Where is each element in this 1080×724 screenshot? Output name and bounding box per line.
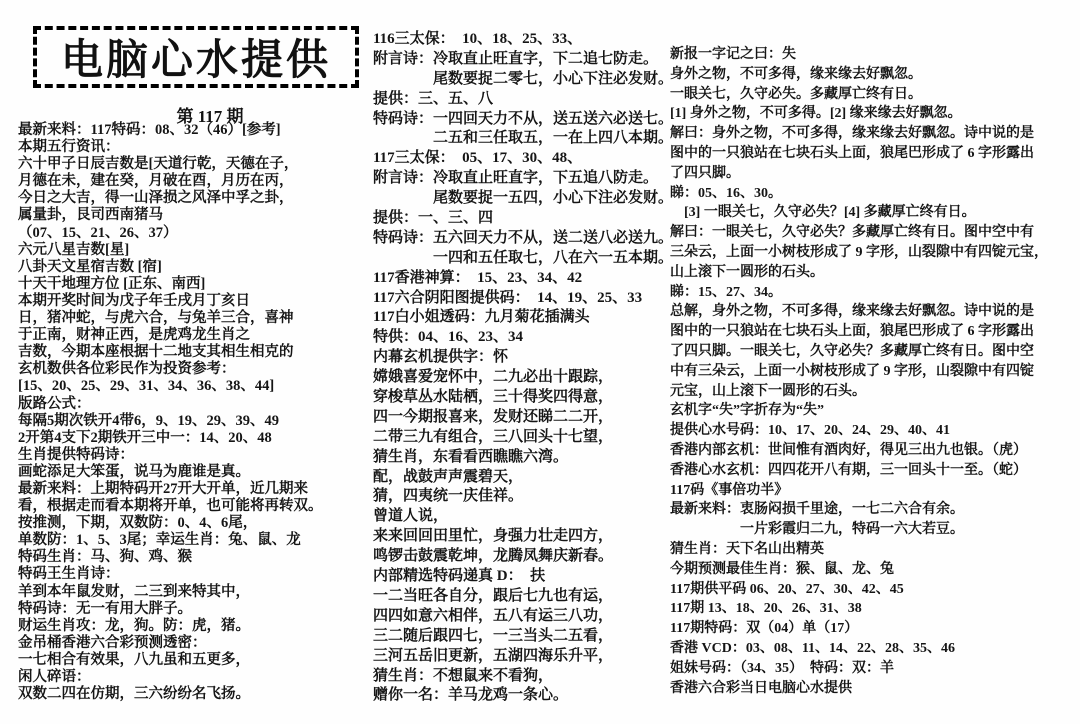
page-title: 电脑心水提供 xyxy=(61,27,331,87)
text-line: 本期五行资讯： xyxy=(18,139,368,156)
text-line: 中有三朵云，上面一小树枝形成了 9 字形，山裂隙中有四锭 xyxy=(670,362,1078,382)
text-line: 一眼关七，久守必失。多藏厚亡终有日。 xyxy=(670,85,1078,105)
text-line: 一二当旺各自分，跟后七九也有运， xyxy=(373,587,673,607)
text-line: 元宝，山上滚下一圆形的石头。 xyxy=(670,382,1078,402)
text-line: 特码诗：无一有用大胖子。 xyxy=(18,601,368,618)
text-line: 嫦娥喜爱宠怀中，二九必出十跟踪， xyxy=(373,368,673,388)
text-line: 三河五岳旧更新，五湖四海乐升平， xyxy=(373,647,673,667)
text-line: 最新来料：上期特码开27开大开单，近几期来 xyxy=(18,481,368,498)
text-line: 六十甲子日辰吉数是[天道行乾，天德在子， xyxy=(18,156,368,173)
text-line: 附言诗：冷取直止旺直字，下五追八防走。 xyxy=(373,169,673,189)
text-line: 每隔5期次铁开4带6，9、19、29、39、49 xyxy=(18,413,368,430)
text-line: 今期预测最佳生肖：猴、鼠、龙、兔 xyxy=(670,560,1078,580)
text-line: 曾道人说， xyxy=(373,507,673,527)
text-line: 画蛇添足大笨蛋，说马为鹿谁是真。 xyxy=(18,464,368,481)
text-line: 配，战鼓声声震碧天， xyxy=(373,468,673,488)
text-line: 尾数要捉二零七，小心下注必发财。 xyxy=(373,70,673,90)
text-line: 特供：04、16、23、34 xyxy=(373,328,673,348)
text-line: 八卦天文星宿吉数 [宿] xyxy=(18,259,368,276)
text-line: 香港内部玄机：世间惟有酒肉好，得见三出九也银。（虎） xyxy=(670,441,1078,461)
text-line: 117期 13、18、20、26、31、38 xyxy=(670,599,1078,619)
text-line: 本期开奖时间为戊子年壬戌月丁亥日 xyxy=(18,293,368,310)
text-line: 最新来料：衷肠闷损千里途，一七二六合有余。 xyxy=(670,500,1078,520)
text-line: 一七相合有效果，八九虽和五更多， xyxy=(18,652,368,669)
text-line: 看，根据走而看本期将开单，也可能将再转双。 xyxy=(18,498,368,515)
text-line: 新报一字记之曰：失 xyxy=(670,45,1078,65)
text-line: 特码生肖：马、狗、鸡、猴 xyxy=(18,549,368,566)
text-line: 图中的一只狼站在七块石头上面，狼尾巴形成了 6 字形露出 xyxy=(670,322,1078,342)
text-line: 总解，身外之物，不可多得，缘来缘去好飘忽。诗中说的是 xyxy=(670,302,1078,322)
text-line: 提供：一、三、四 xyxy=(373,209,673,229)
text-line: 特码王生肖诗： xyxy=(18,566,368,583)
text-line: 特码诗：五六回天力不从，送二送八必送九。 xyxy=(373,229,673,249)
text-line: 一片彩霞归二九，特码一六大若豆。 xyxy=(670,520,1078,540)
text-line: 今日之大吉，得一山泽损之风泽中孚之卦， xyxy=(18,190,368,207)
text-line: 香港 VCD：03、08、11、14、22、28、35、46 xyxy=(670,639,1078,659)
text-line: 吉数，今期本座根据十二地支其相生相克的 xyxy=(18,344,368,361)
text-line: 内幕玄机提供字：怀 xyxy=(373,348,673,368)
text-line: 117期特码：双（04）单（17） xyxy=(670,619,1078,639)
text-line: 了四只脚。 xyxy=(670,164,1078,184)
text-line: [1] 身外之物，不可多得。[2] 缘来缘去好飘忽。 xyxy=(670,104,1078,124)
text-line: 内部精选特码递真 D： 扶 xyxy=(373,567,673,587)
text-line: 属量卦，艮司西南猪马 xyxy=(18,207,368,224)
text-line: 生肖提供特码诗： xyxy=(18,447,368,464)
text-line: 117白小姐透码：九月菊花插满头 xyxy=(373,308,673,328)
text-line: 版路公式： xyxy=(18,396,368,413)
text-line: 三朵云，上面一小树枝形成了 9 字形，山裂隙中有四锭元宝， xyxy=(670,243,1078,263)
text-line: 尾数要捉一五四，小心下注必发财。 xyxy=(373,189,673,209)
text-line: 解曰：一眼关七，久守必失？多藏厚亡终有日。图中空中有 xyxy=(670,223,1078,243)
text-line: 单数防：1、5、3尾；幸运生肖：兔、鼠、龙 xyxy=(18,532,368,549)
text-line: （07、15、21、26、37） xyxy=(18,225,368,242)
text-line: 四四如意六相伴，五八有运三八功， xyxy=(373,607,673,627)
text-line: 按推测，下期，双数防：0、4、6尾， xyxy=(18,515,368,532)
column-middle: 116三太保： 10、18、25、33、附言诗：冷取直止旺直字，下二追七防走。 … xyxy=(373,30,673,706)
text-line: 于正南，财神正西，是虎鸡龙生肖之 xyxy=(18,327,368,344)
text-line: 财运生肖攻：龙，狗。防：虎，猪。 xyxy=(18,618,368,635)
text-line: 羊到本年鼠发财，二三到来特其中， xyxy=(18,584,368,601)
text-line: 鸣锣击鼓震乾坤，龙腾凤舞庆新春。 xyxy=(373,547,673,567)
text-line: 117三太保： 05、17、30、48、 xyxy=(373,149,673,169)
text-line: 猜生肖：天下名山出精英 xyxy=(670,540,1078,560)
text-line: 穿梭草丛水陆栖，三十得奖四得意， xyxy=(373,388,673,408)
text-line: 睇：05、16、30。 xyxy=(670,184,1078,204)
text-line: 香港心水玄机：四四花开八有期，三一回头十一至。（蛇） xyxy=(670,461,1078,481)
text-line: 提供心水号码：10、17、20、24、29、40、41 xyxy=(670,421,1078,441)
lottery-tip-sheet: 电脑心水提供 第 117 期 最新来料：117特码：08、32（46）[参考]本… xyxy=(0,0,1080,724)
text-line: 香港六合彩当日电脑心水提供 xyxy=(670,679,1078,699)
text-line: 金吊桶香港六合彩预测透密： xyxy=(18,635,368,652)
text-line: 附言诗：冷取直止旺直字，下二追七防走。 xyxy=(373,50,673,70)
text-line: [3] 一眼关七，久守必失？[4] 多藏厚亡终有日。 xyxy=(670,203,1078,223)
text-line: 了四只脚。一眼关七，久守必失？多藏厚亡终有日。图中空 xyxy=(670,342,1078,362)
text-line: 解曰：身外之物，不可多得，缘来缘去好飘忽。诗中说的是 xyxy=(670,124,1078,144)
text-line: 117期供平码 06、20、27、30、42、45 xyxy=(670,580,1078,600)
text-line: 四一今期报喜来，发财还睇二二开， xyxy=(373,408,673,428)
text-line: 身外之物，不可多得，缘来缘去好飘忽。 xyxy=(670,65,1078,85)
text-line: 双数二四在仿期，三六纷纷名飞扬。 xyxy=(18,686,368,703)
text-line: 2开第4支下2期铁开三中一：14、20、48 xyxy=(18,430,368,447)
text-line: 姐妹号码：（34、35） 特码：双：羊 xyxy=(670,659,1078,679)
text-line: 玄机字“失”字折存为“失” xyxy=(670,401,1078,421)
text-line: 猜生肖：不想鼠来不看狗， xyxy=(373,667,673,687)
text-line: 月德在未，建在癸，月破在酉，月历在丙， xyxy=(18,173,368,190)
text-line: 最新来料：117特码：08、32（46）[参考] xyxy=(18,122,368,139)
text-line: 山上滚下一圆形的石头。 xyxy=(670,263,1078,283)
text-line: 日，猪冲蛇，与虎六合，与兔羊三合，喜神 xyxy=(18,310,368,327)
text-line: 二五和三任取五，一在上四八本期。 xyxy=(373,129,673,149)
text-line: 117香港神算： 15、23、34、42 xyxy=(373,269,673,289)
text-line: 特码诗：一四回天力不从，送五送六必送七。 xyxy=(373,110,673,130)
text-line: 116三太保： 10、18、25、33、 xyxy=(373,30,673,50)
text-line: 十天干地理方位 [正东、南西] xyxy=(18,276,368,293)
text-line: 赠你一名：羊马龙鸡一条心。 xyxy=(373,686,673,706)
text-line: 来来回回田里忙，身强力壮走四方， xyxy=(373,527,673,547)
text-line: 提供：三、五、八 xyxy=(373,90,673,110)
text-line: 一四和五任取七，八在六一五本期。 xyxy=(373,249,673,269)
column-right: 新报一字记之曰：失身外之物，不可多得，缘来缘去好飘忽。一眼关七，久守必失。多藏厚… xyxy=(670,45,1078,698)
text-line: 六元八星吉数[星] xyxy=(18,242,368,259)
text-line: 图中的一只狼站在七块石头上面，狼尾巴形成了 6 字形露出 xyxy=(670,144,1078,164)
text-line: 117六合阴阳图提供码： 14、19、25、33 xyxy=(373,289,673,309)
text-line: 二带三九有组合，三八回头十七望， xyxy=(373,428,673,448)
text-line: 闲人碎语： xyxy=(18,669,368,686)
text-line: 睇：15、27、34。 xyxy=(670,283,1078,303)
title-box: 电脑心水提供 xyxy=(33,26,359,88)
column-left: 最新来料：117特码：08、32（46）[参考]本期五行资讯：六十甲子日辰吉数是… xyxy=(18,122,368,703)
text-line: [15、20、25、29、31、34、36、38、44] xyxy=(18,378,368,395)
text-line: 三二随后跟四七，一三当头二五看， xyxy=(373,627,673,647)
text-line: 玄机数供各位彩民作为投资参考： xyxy=(18,361,368,378)
text-line: 猜，四夷统一庆佳祥。 xyxy=(373,487,673,507)
text-line: 117码《事倍功半》 xyxy=(670,481,1078,501)
text-line: 猜生肖，东看看西瞧瞧六湾。 xyxy=(373,448,673,468)
